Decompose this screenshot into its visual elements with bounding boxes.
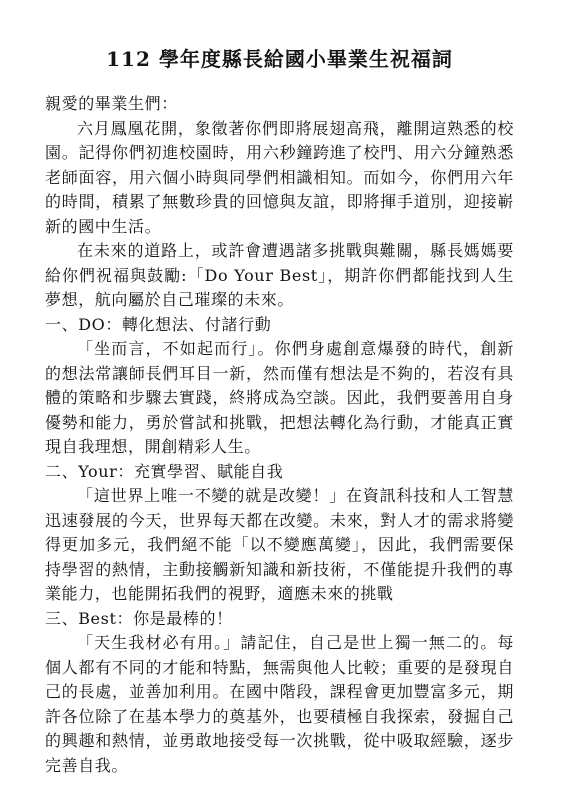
section-1-heading: 一、DO：轉化想法、付諸行動 — [45, 313, 514, 338]
section-1-body: 「坐而言，不如起而行」。你們身處創意爆發的時代，創新的想法常讓師長們耳目一新，然… — [45, 337, 514, 460]
intro-paragraph-2: 在未來的道路上，或許會遭遇諸多挑戰與難關，縣長媽媽要給你們祝福與鼓勵:「Do Y… — [45, 239, 514, 313]
intro-paragraph-1: 六月鳳凰花開，象徵著你們即將展翅高飛，離開這熟悉的校園。記得你們初進校園時，用六… — [45, 117, 514, 240]
document-title: 112 學年度縣長給國小畢業生祝福詞 — [45, 46, 514, 72]
document-page: 112 學年度縣長給國小畢業生祝福詞 親愛的畢業生們： 六月鳳凰花開，象徵著你們… — [0, 0, 566, 800]
section-2-body: 「這世界上唯一不變的就是改變！」在資訊科技和人工智慧迅速發展的今天，世界每天都在… — [45, 484, 514, 607]
greeting-line: 親愛的畢業生們： — [45, 92, 514, 117]
section-3-heading: 三、Best：你是最棒的！ — [45, 607, 514, 632]
section-3-body: 「天生我材必有用。」請記住，自己是世上獨一無二的。每個人都有不同的才能和特點，無… — [45, 631, 514, 778]
section-2-heading: 二、Your：充實學習、賦能自我 — [45, 460, 514, 485]
